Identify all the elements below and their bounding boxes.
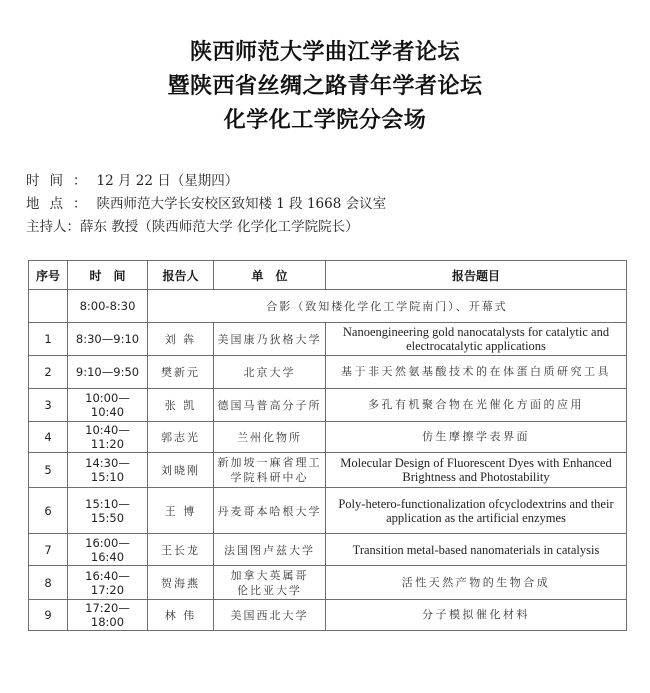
table-row: 6 15:10—15:50 王 博 丹麦哥本哈根大学 Poly-hetero-f… <box>29 488 627 534</box>
cell-number: 3 <box>29 389 68 422</box>
info-host: 主持人： 薛东 教授（陕西师范大学 化学化工学院院长） <box>26 216 626 239</box>
table-row-opening: 8:00-8:30 合影（致知楼化学化工学院南门）、开幕式 <box>29 290 627 323</box>
cell-number: 1 <box>29 323 68 356</box>
table-row: 5 14:30—15:10 刘晓刚 新加坡一麻省理工学院科研中心 Molecul… <box>29 453 627 488</box>
cell-unit: 德国马普高分子所 <box>214 389 326 422</box>
cell-time: 16:00—16:40 <box>68 534 148 566</box>
cell-speaker: 王 博 <box>148 488 214 534</box>
cell-time: 8:00-8:30 <box>68 290 148 323</box>
cell-unit: 加拿大英属哥伦比亚大学 <box>214 566 326 600</box>
cell-speaker: 王长龙 <box>148 534 214 566</box>
cell-number: 5 <box>29 453 68 488</box>
header-speaker: 报告人 <box>148 261 214 290</box>
cell-topic: 多孔有机聚合物在光催化方面的应用 <box>326 389 627 422</box>
title-line-1: 陕西师范大学曲江学者论坛 <box>0 36 650 70</box>
info-host-value: 薛东 教授（陕西师范大学 化学化工学院院长） <box>80 216 359 239</box>
header-time: 时 间 <box>68 261 148 290</box>
header-unit: 单 位 <box>214 261 326 290</box>
cell-unit: 美国西北大学 <box>214 600 326 631</box>
cell-topic: Poly-hetero-functionalization ofcyclodex… <box>326 488 627 534</box>
cell-unit: 法国图卢兹大学 <box>214 534 326 566</box>
table-row: 1 8:30—9:10 刘 犇 美国康乃狄格大学 Nanoengineering… <box>29 323 627 356</box>
info-place: 地点： 陕西师范大学长安校区致知楼 1 段 1668 会议室 <box>26 193 626 216</box>
cell-topic: 活性天然产物的生物合成 <box>326 566 627 600</box>
title-line-3: 化学化工学院分会场 <box>0 104 650 138</box>
cell-topic: 分子模拟催化材料 <box>326 600 627 631</box>
info-place-value: 陕西师范大学长安校区致知楼 1 段 1668 会议室 <box>97 193 387 216</box>
table-row: 7 16:00—16:40 王长龙 法国图卢兹大学 Transition met… <box>29 534 627 566</box>
cell-number <box>29 290 68 323</box>
info-time-value: 12 月 22 日（星期四） <box>97 170 239 193</box>
cell-time: 8:30—9:10 <box>68 323 148 356</box>
schedule-table: 序号 时 间 报告人 单 位 报告题目 8:00-8:30 合影（致知楼化学化工… <box>28 260 627 631</box>
cell-speaker: 樊新元 <box>148 356 214 389</box>
cell-number: 2 <box>29 356 68 389</box>
cell-time: 17:20—18:00 <box>68 600 148 631</box>
header-topic: 报告题目 <box>326 261 627 290</box>
cell-speaker: 刘晓刚 <box>148 453 214 488</box>
title-line-2: 暨陕西省丝绸之路青年学者论坛 <box>0 70 650 104</box>
cell-number: 9 <box>29 600 68 631</box>
cell-speaker: 张 凯 <box>148 389 214 422</box>
info-time-label: 时间： <box>26 170 97 193</box>
cell-time: 9:10—9:50 <box>68 356 148 389</box>
header-number: 序号 <box>29 261 68 290</box>
event-info: 时间： 12 月 22 日（星期四） 地点： 陕西师范大学长安校区致知楼 1 段… <box>26 170 626 239</box>
document-title: 陕西师范大学曲江学者论坛 暨陕西省丝绸之路青年学者论坛 化学化工学院分会场 <box>0 36 650 138</box>
cell-time: 10:40—11:20 <box>68 422 148 453</box>
cell-speaker: 林 伟 <box>148 600 214 631</box>
cell-time: 10:00—10:40 <box>68 389 148 422</box>
cell-topic: 基于非天然氨基酸技术的在体蛋白质研究工具 <box>326 356 627 389</box>
cell-topic: Molecular Design of Fluorescent Dyes wit… <box>326 453 627 488</box>
cell-speaker: 刘 犇 <box>148 323 214 356</box>
table-row: 8 16:40—17:20 贺海燕 加拿大英属哥伦比亚大学 活性天然产物的生物合… <box>29 566 627 600</box>
cell-time: 16:40—17:20 <box>68 566 148 600</box>
cell-number: 4 <box>29 422 68 453</box>
cell-topic: Transition metal-based nanomaterials in … <box>326 534 627 566</box>
cell-unit: 新加坡一麻省理工学院科研中心 <box>214 453 326 488</box>
cell-number: 8 <box>29 566 68 600</box>
cell-number: 7 <box>29 534 68 566</box>
table-row: 9 17:20—18:00 林 伟 美国西北大学 分子模拟催化材料 <box>29 600 627 631</box>
cell-time: 15:10—15:50 <box>68 488 148 534</box>
cell-time: 14:30—15:10 <box>68 453 148 488</box>
info-place-label: 地点： <box>26 193 97 216</box>
cell-topic: Nanoengineering gold nanocatalysts for c… <box>326 323 627 356</box>
table-header-row: 序号 时 间 报告人 单 位 报告题目 <box>29 261 627 290</box>
cell-speaker: 贺海燕 <box>148 566 214 600</box>
info-time: 时间： 12 月 22 日（星期四） <box>26 170 626 193</box>
cell-opening-event: 合影（致知楼化学化工学院南门）、开幕式 <box>148 290 627 323</box>
table-row: 3 10:00—10:40 张 凯 德国马普高分子所 多孔有机聚合物在光催化方面… <box>29 389 627 422</box>
table-row: 4 10:40—11:20 郭志光 兰州化物所 仿生摩擦学表界面 <box>29 422 627 453</box>
cell-unit: 兰州化物所 <box>214 422 326 453</box>
cell-topic: 仿生摩擦学表界面 <box>326 422 627 453</box>
cell-number: 6 <box>29 488 68 534</box>
info-host-label: 主持人： <box>26 216 80 239</box>
cell-unit: 北京大学 <box>214 356 326 389</box>
table-row: 2 9:10—9:50 樊新元 北京大学 基于非天然氨基酸技术的在体蛋白质研究工… <box>29 356 627 389</box>
cell-unit: 美国康乃狄格大学 <box>214 323 326 356</box>
cell-unit: 丹麦哥本哈根大学 <box>214 488 326 534</box>
cell-speaker: 郭志光 <box>148 422 214 453</box>
